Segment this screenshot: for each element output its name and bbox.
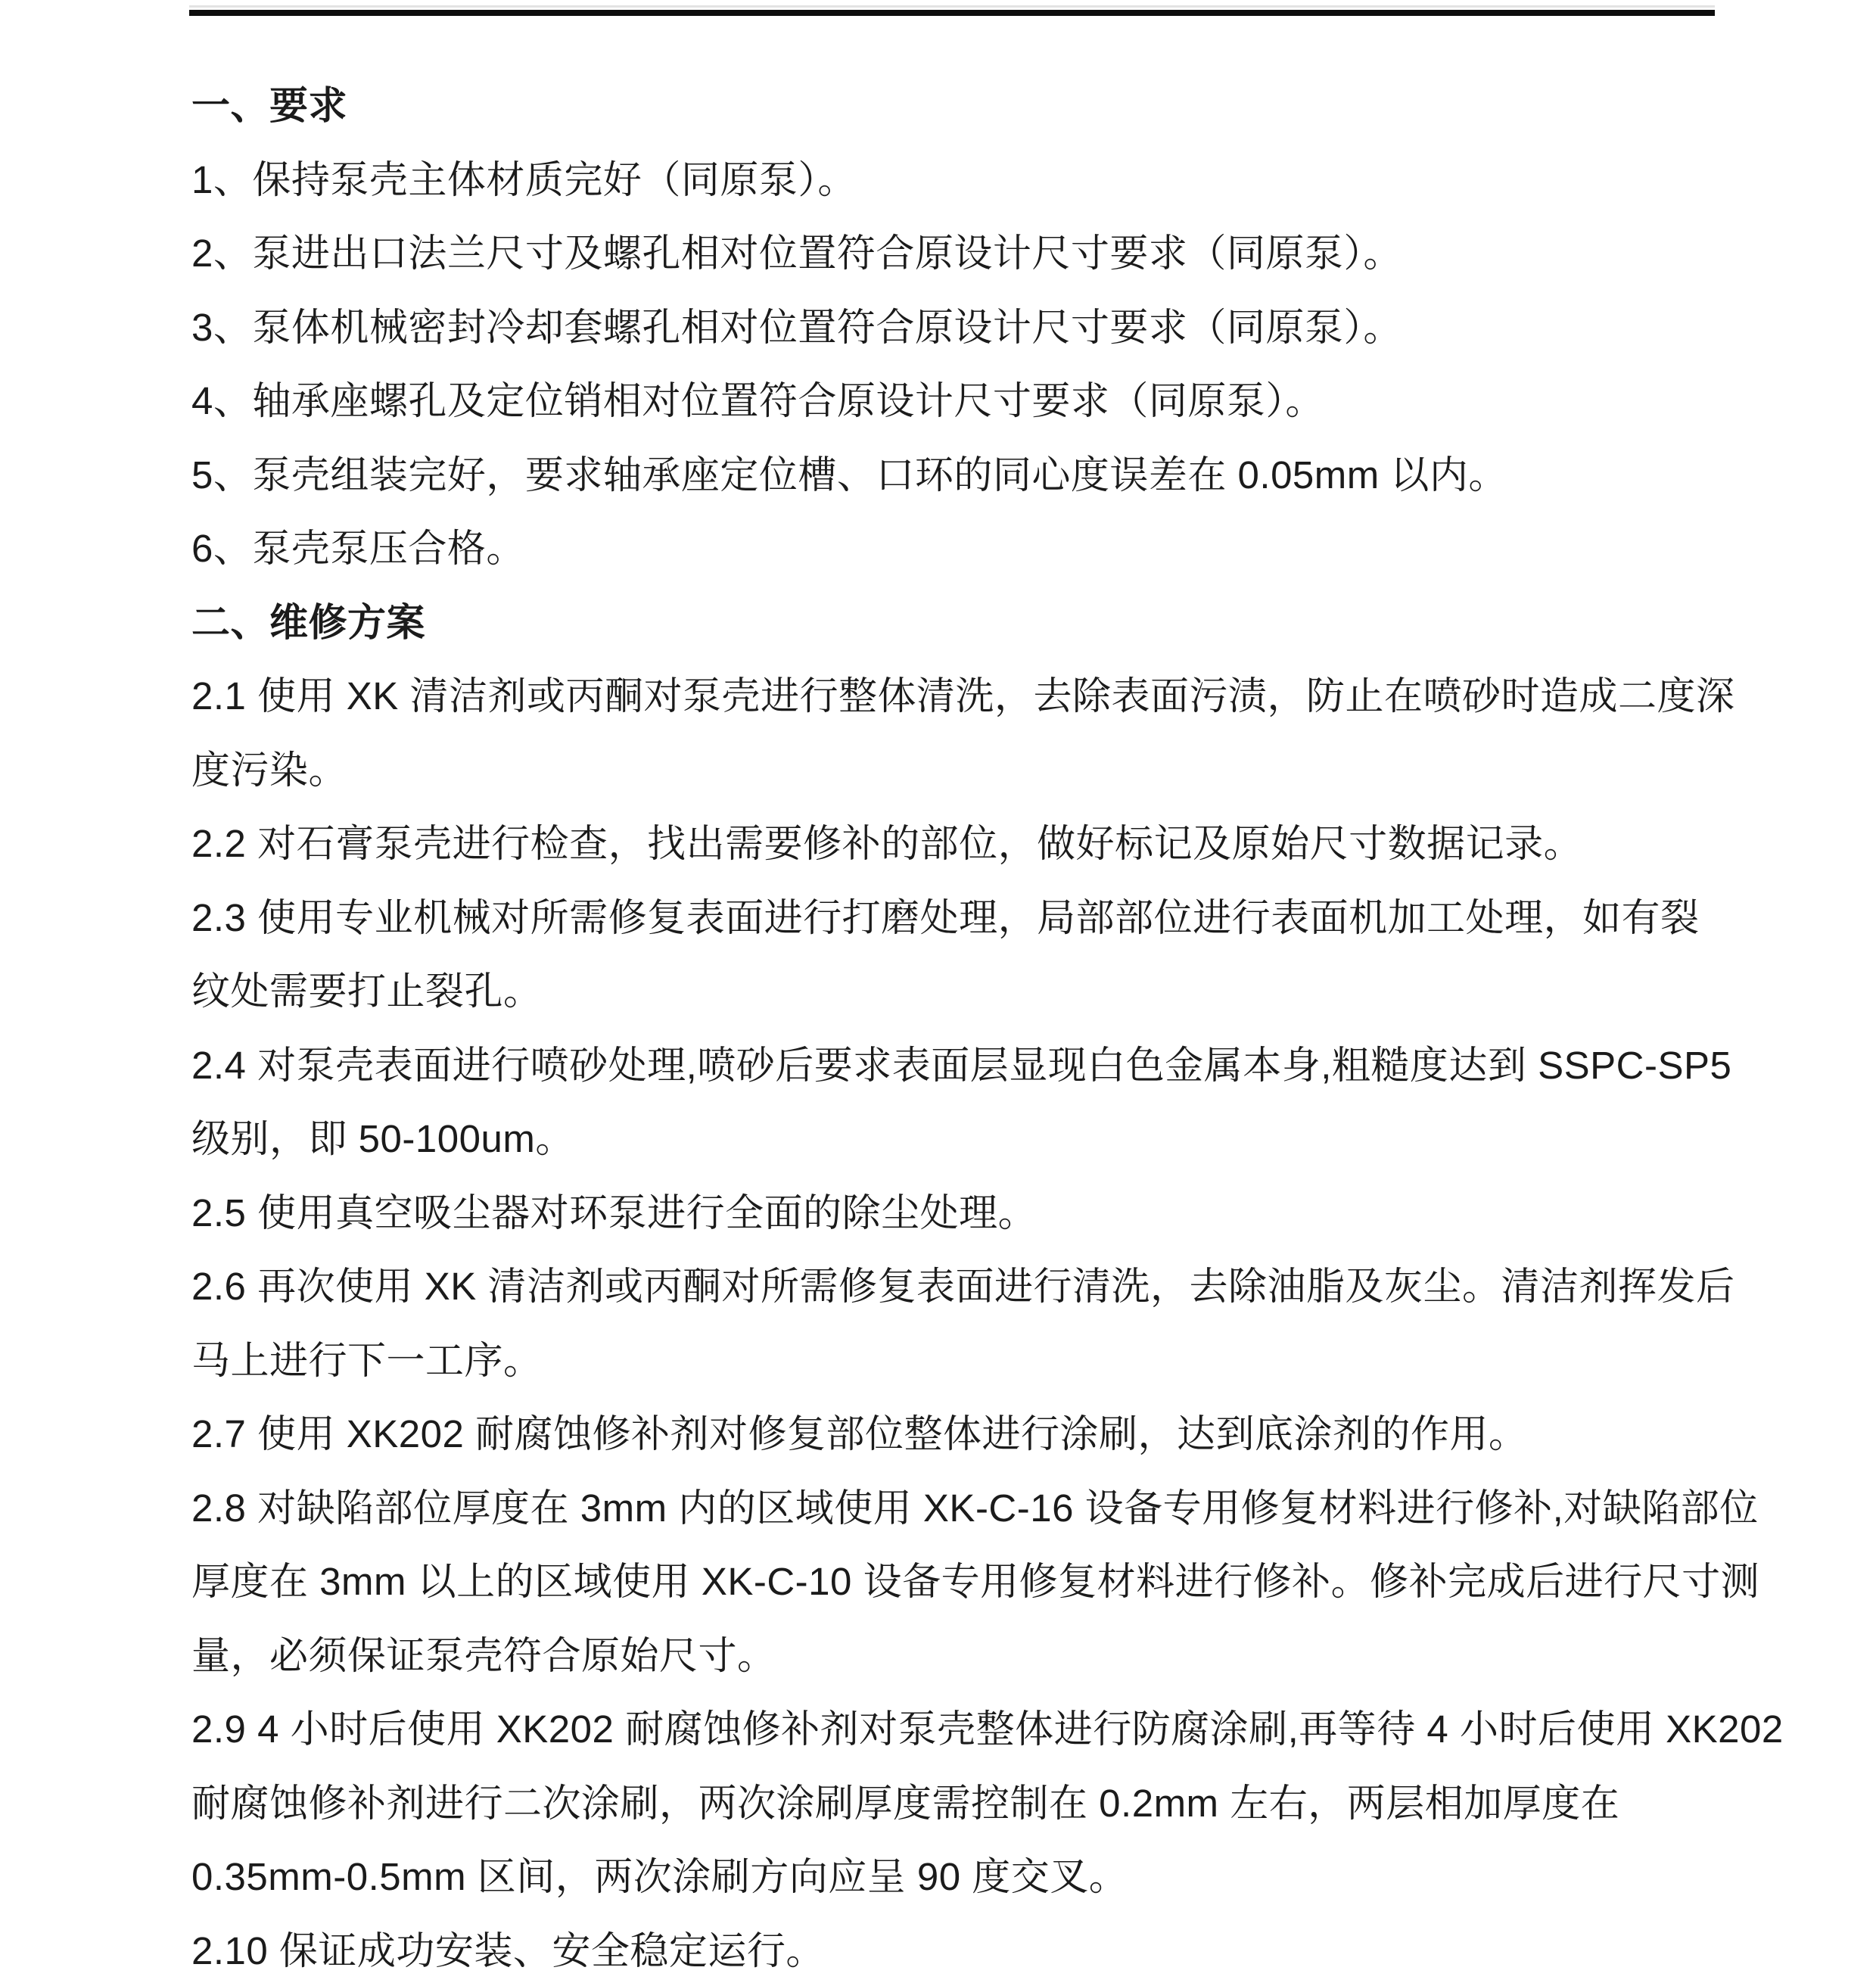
requirement-item-4: 4、轴承座螺孔及定位销相对位置符合原设计尺寸要求（同原泵）。 (191, 364, 1762, 438)
section-heading-requirements: 一、要求 (191, 69, 1762, 143)
requirement-item-3: 3、泵体机械密封冷却套螺孔相对位置符合原设计尺寸要求（同原泵）。 (191, 291, 1762, 365)
plan-step-2-5: 2.5 使用真空吸尘器对环泵进行全面的除尘处理。 (191, 1176, 1762, 1250)
plan-step-2-2: 2.2 对石膏泵壳进行检查，找出需要修补的部位，做好标记及原始尺寸数据记录。 (191, 807, 1762, 881)
plan-step-2-3-continuation: 纹处需要打止裂孔。 (191, 954, 1762, 1029)
requirement-item-6: 6、泵壳泵压合格。 (191, 512, 1762, 586)
requirement-item-1: 1、保持泵壳主体材质完好（同原泵）。 (191, 143, 1762, 217)
plan-step-2-3: 2.3 使用专业机械对所需修复表面进行打磨处理，局部部位进行表面机加工处理，如有… (191, 881, 1762, 955)
document-body: 一、要求 1、保持泵壳主体材质完好（同原泵）。 2、泵进出口法兰尺寸及螺孔相对位… (191, 69, 1762, 1986)
plan-step-2-1: 2.1 使用 XK 清洁剂或丙酮对泵壳进行整体清洗，去除表面污渍，防止在喷砂时造… (191, 659, 1762, 733)
plan-step-2-8-continuation-2: 量，必须保证泵壳符合原始尺寸。 (191, 1619, 1762, 1693)
plan-step-2-6-continuation: 马上进行下一工序。 (191, 1324, 1762, 1398)
plan-step-2-4-continuation: 级别，即 50-100um。 (191, 1102, 1762, 1176)
plan-step-2-10: 2.10 保证成功安装、安全稳定运行。 (191, 1914, 1762, 1986)
plan-step-2-9-continuation-1: 耐腐蚀修补剂进行二次涂刷，两次涂刷厚度需控制在 0.2mm 左右，两层相加厚度在 (191, 1767, 1762, 1841)
plan-step-2-6: 2.6 再次使用 XK 清洁剂或丙酮对所需修复表面进行清洗，去除油脂及灰尘。清洁… (191, 1250, 1762, 1324)
section-heading-repair-plan: 二、维修方案 (191, 586, 1762, 660)
document-page: 一、要求 1、保持泵壳主体材质完好（同原泵）。 2、泵进出口法兰尺寸及螺孔相对位… (0, 0, 1876, 1986)
top-hairline-divider (189, 5, 1715, 8)
plan-step-2-7: 2.7 使用 XK202 耐腐蚀修补剂对修复部位整体进行涂刷，达到底涂剂的作用。 (191, 1397, 1762, 1471)
plan-step-2-4: 2.4 对泵壳表面进行喷砂处理,喷砂后要求表面层显现白色金属本身,粗糙度达到 S… (191, 1029, 1762, 1103)
plan-step-2-1-continuation: 度污染。 (191, 733, 1762, 808)
top-rule-divider (189, 10, 1715, 16)
requirement-item-5: 5、泵壳组装完好，要求轴承座定位槽、口环的同心度误差在 0.05mm 以内。 (191, 438, 1762, 512)
requirement-item-2: 2、泵进出口法兰尺寸及螺孔相对位置符合原设计尺寸要求（同原泵）。 (191, 216, 1762, 291)
plan-step-2-9: 2.9 4 小时后使用 XK202 耐腐蚀修补剂对泵壳整体进行防腐涂刷,再等待 … (191, 1692, 1762, 1767)
plan-step-2-8-continuation-1: 厚度在 3mm 以上的区域使用 XK-C-10 设备专用修复材料进行修补。修补完… (191, 1545, 1762, 1619)
plan-step-2-8: 2.8 对缺陷部位厚度在 3mm 内的区域使用 XK-C-16 设备专用修复材料… (191, 1471, 1762, 1546)
plan-step-2-9-continuation-2: 0.35mm-0.5mm 区间，两次涂刷方向应呈 90 度交叉。 (191, 1840, 1762, 1914)
